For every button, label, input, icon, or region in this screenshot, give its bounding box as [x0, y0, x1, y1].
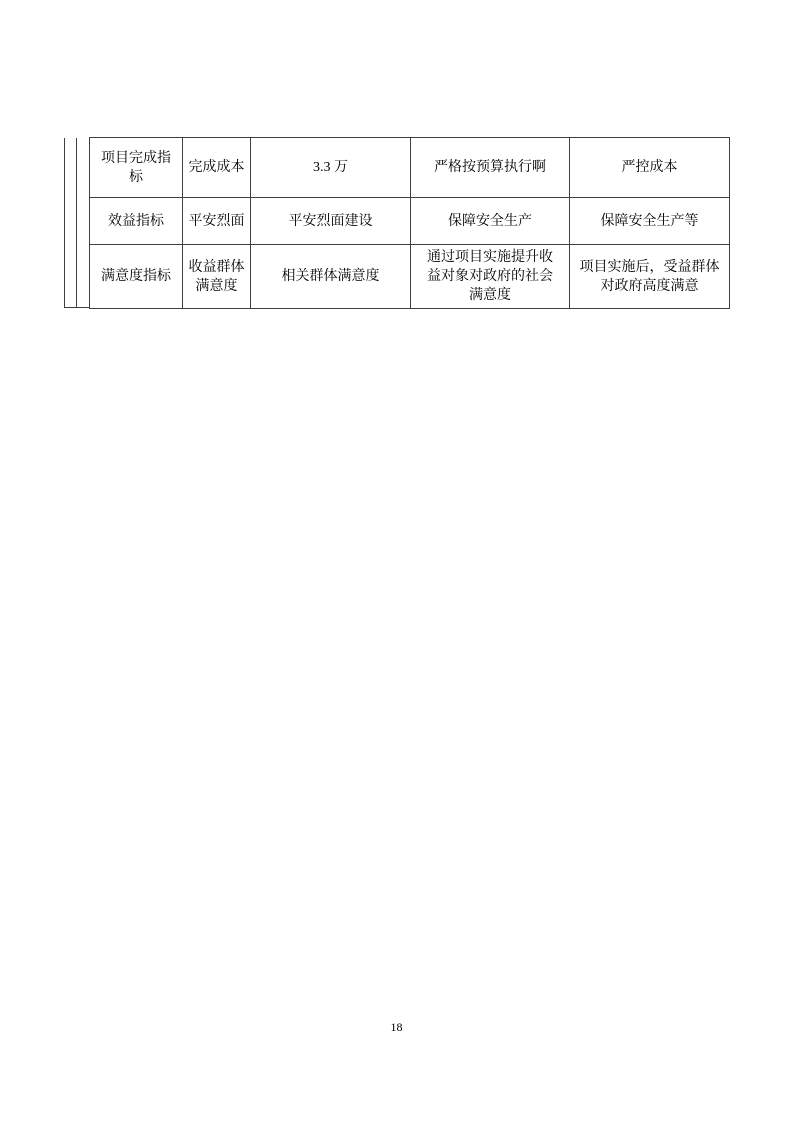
row-label-cell: 项目完成指 标 [90, 138, 183, 198]
strip-divider-line [76, 138, 77, 307]
document-page: { "page": { "number": "18" }, "colors": … [0, 0, 793, 1122]
table-cell: 项目实施后，受益群体 对政府高度满意 [570, 245, 730, 309]
table-cell: 严控成本 [570, 138, 730, 198]
table-cell: 通过项目实施提升收 益对象对政府的社会 满意度 [411, 245, 570, 309]
table-cell: 平安烈面建设 [251, 198, 411, 245]
table-cell: 3.3 万 [251, 138, 411, 198]
table-continuation-strip [64, 138, 89, 308]
table-cell: 严格按预算执行啊 [411, 138, 570, 198]
row-label-cell: 效益指标 [90, 198, 183, 245]
table-cell: 完成成本 [183, 138, 251, 198]
table-cell: 相关群体满意度 [251, 245, 411, 309]
table-cell: 收益群体 满意度 [183, 245, 251, 309]
table-row: 项目完成指 标 完成成本 3.3 万 严格按预算执行啊 严控成本 [90, 138, 730, 198]
page-number: 18 [0, 1020, 793, 1035]
table-row: 满意度指标 收益群体 满意度 相关群体满意度 通过项目实施提升收 益对象对政府的… [90, 245, 730, 309]
row-label-cell: 满意度指标 [90, 245, 183, 309]
table-cell: 保障安全生产等 [570, 198, 730, 245]
table-cell: 保障安全生产 [411, 198, 570, 245]
table-cell: 平安烈面 [183, 198, 251, 245]
table-row: 效益指标 平安烈面 平安烈面建设 保障安全生产 保障安全生产等 [90, 198, 730, 245]
performance-indicators-table: 项目完成指 标 完成成本 3.3 万 严格按预算执行啊 严控成本 效益指标 平安… [89, 137, 730, 309]
